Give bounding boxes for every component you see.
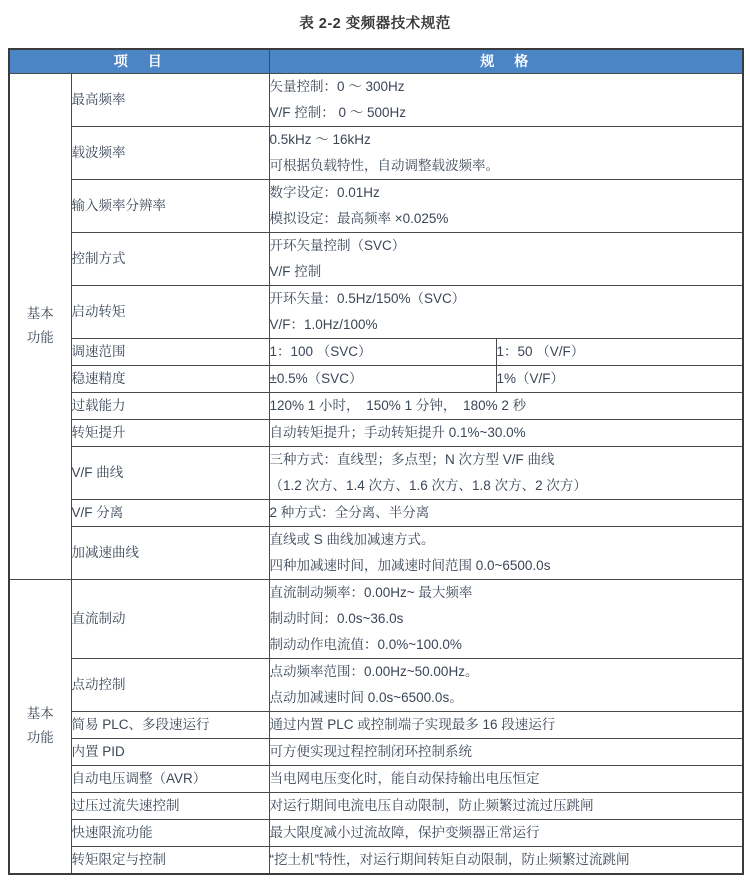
- table-row: 自动电压调整（AVR） 当电网电压变化时，能自动保持输出电压恒定: [9, 765, 743, 792]
- spec-cell: 对运行期间电流电压自动限制，防止频繁过流过压跳闸: [269, 792, 743, 819]
- table-row: 调速范围 1：100 （SVC） 1：50 （V/F）: [9, 338, 743, 365]
- table-row: 启动转矩 开环矢量：0.5Hz/150%（SVC） V/F：1.0Hz/100%: [9, 285, 743, 338]
- item-cell: 启动转矩: [71, 285, 269, 338]
- item-cell: 过载能力: [71, 392, 269, 419]
- item-cell: 调速范围: [71, 338, 269, 365]
- spec-cell: 当电网电压变化时，能自动保持输出电压恒定: [269, 765, 743, 792]
- spec-cell: 最大限度减小过流故障，保护变频器正常运行: [269, 819, 743, 846]
- item-cell: 自动电压调整（AVR）: [71, 765, 269, 792]
- table-row: 快速限流功能 最大限度减小过流故障，保护变频器正常运行: [9, 819, 743, 846]
- spec-cell: 开环矢量控制（SVC） V/F 控制: [269, 232, 743, 285]
- item-cell: 最高频率: [71, 73, 269, 126]
- spec-cell: 1%（V/F）: [496, 365, 743, 392]
- table-row: 过压过流失速控制 对运行期间电流电压自动限制，防止频繁过流过压跳闸: [9, 792, 743, 819]
- spec-cell: 1：50 （V/F）: [496, 338, 743, 365]
- table-row: 基本 功能 最高频率 矢量控制：0 ～ 300Hz V/F 控制： 0 ～ 50…: [9, 73, 743, 126]
- item-cell: 控制方式: [71, 232, 269, 285]
- item-cell: 直流制动: [71, 579, 269, 658]
- spec-cell: 矢量控制：0 ～ 300Hz V/F 控制： 0 ～ 500Hz: [269, 73, 743, 126]
- item-cell: 加减速曲线: [71, 526, 269, 579]
- item-cell: 过压过流失速控制: [71, 792, 269, 819]
- spec-cell: 数字设定：0.01Hz 模拟设定：最高频率 ×0.025%: [269, 179, 743, 232]
- table-row: 基本 功能 直流制动 直流制动频率：0.00Hz~ 最大频率 制动时间：0.0s…: [9, 579, 743, 658]
- group-cell-basic-functions-1: 基本 功能: [9, 73, 71, 579]
- item-cell: V/F 曲线: [71, 446, 269, 499]
- table-row: 过载能力 120% 1 小时， 150% 1 分钟， 180% 2 秒: [9, 392, 743, 419]
- table-title: 表 2-2 变频器技术规范: [8, 12, 742, 33]
- item-cell: 点动控制: [71, 658, 269, 711]
- spec-cell: 三种方式：直线型；多点型；N 次方型 V/F 曲线 （1.2 次方、1.4 次方…: [269, 446, 743, 499]
- spec-cell: “挖土机”特性，对运行期间转矩自动限制，防止频繁过流跳闸: [269, 846, 743, 874]
- table-row: 加减速曲线 直线或 S 曲线加减速方式。 四种加减速时间，加减速时间范围 0.0…: [9, 526, 743, 579]
- item-cell: 输入频率分辨率: [71, 179, 269, 232]
- spec-cell: 通过内置 PLC 或控制端子实现最多 16 段速运行: [269, 711, 743, 738]
- item-cell: 转矩提升: [71, 419, 269, 446]
- table-row: V/F 曲线 三种方式：直线型；多点型；N 次方型 V/F 曲线 （1.2 次方…: [9, 446, 743, 499]
- spec-cell: 2 种方式：全分离、半分离: [269, 499, 743, 526]
- column-header-item: 项 目: [9, 49, 269, 73]
- table-row: 输入频率分辨率 数字设定：0.01Hz 模拟设定：最高频率 ×0.025%: [9, 179, 743, 232]
- header-row: 项 目 规 格: [9, 49, 743, 73]
- spec-cell: 120% 1 小时， 150% 1 分钟， 180% 2 秒: [269, 392, 743, 419]
- table-row: 转矩提升 自动转矩提升；手动转矩提升 0.1%~30.0%: [9, 419, 743, 446]
- spec-cell: 可方便实现过程控制闭环控制系统: [269, 738, 743, 765]
- spec-cell: 开环矢量：0.5Hz/150%（SVC） V/F：1.0Hz/100%: [269, 285, 743, 338]
- table-row: 控制方式 开环矢量控制（SVC） V/F 控制: [9, 232, 743, 285]
- spec-cell: 点动频率范围：0.00Hz~50.00Hz。 点动加减速时间 0.0s~6500…: [269, 658, 743, 711]
- table-row: 转矩限定与控制 “挖土机”特性，对运行期间转矩自动限制，防止频繁过流跳闸: [9, 846, 743, 874]
- document-page: 表 2-2 变频器技术规范 项 目 规 格 基本 功能 最高频率 矢量控制：0 …: [0, 0, 750, 884]
- group-cell-basic-functions-2: 基本 功能: [9, 579, 71, 874]
- spec-cell: 自动转矩提升；手动转矩提升 0.1%~30.0%: [269, 419, 743, 446]
- table-row: 稳速精度 ±0.5%（SVC） 1%（V/F）: [9, 365, 743, 392]
- spec-cell: ±0.5%（SVC）: [269, 365, 496, 392]
- spec-cell: 直流制动频率：0.00Hz~ 最大频率 制动时间：0.0s~36.0s 制动动作…: [269, 579, 743, 658]
- column-header-spec: 规 格: [269, 49, 743, 73]
- table-row: V/F 分离 2 种方式：全分离、半分离: [9, 499, 743, 526]
- spec-cell: 1：100 （SVC）: [269, 338, 496, 365]
- spec-table: 项 目 规 格 基本 功能 最高频率 矢量控制：0 ～ 300Hz V/F 控制…: [8, 48, 744, 875]
- spec-cell: 直线或 S 曲线加减速方式。 四种加减速时间，加减速时间范围 0.0~6500.…: [269, 526, 743, 579]
- table-row: 载波频率 0.5kHz ～ 16kHz 可根据负载特性，自动调整载波频率。: [9, 126, 743, 179]
- item-cell: 稳速精度: [71, 365, 269, 392]
- table-row: 简易 PLC、多段速运行 通过内置 PLC 或控制端子实现最多 16 段速运行: [9, 711, 743, 738]
- item-cell: 简易 PLC、多段速运行: [71, 711, 269, 738]
- item-cell: 载波频率: [71, 126, 269, 179]
- item-cell: 快速限流功能: [71, 819, 269, 846]
- spec-cell: 0.5kHz ～ 16kHz 可根据负载特性，自动调整载波频率。: [269, 126, 743, 179]
- item-cell: 转矩限定与控制: [71, 846, 269, 874]
- item-cell: 内置 PID: [71, 738, 269, 765]
- item-cell: V/F 分离: [71, 499, 269, 526]
- table-row: 点动控制 点动频率范围：0.00Hz~50.00Hz。 点动加减速时间 0.0s…: [9, 658, 743, 711]
- table-row: 内置 PID 可方便实现过程控制闭环控制系统: [9, 738, 743, 765]
